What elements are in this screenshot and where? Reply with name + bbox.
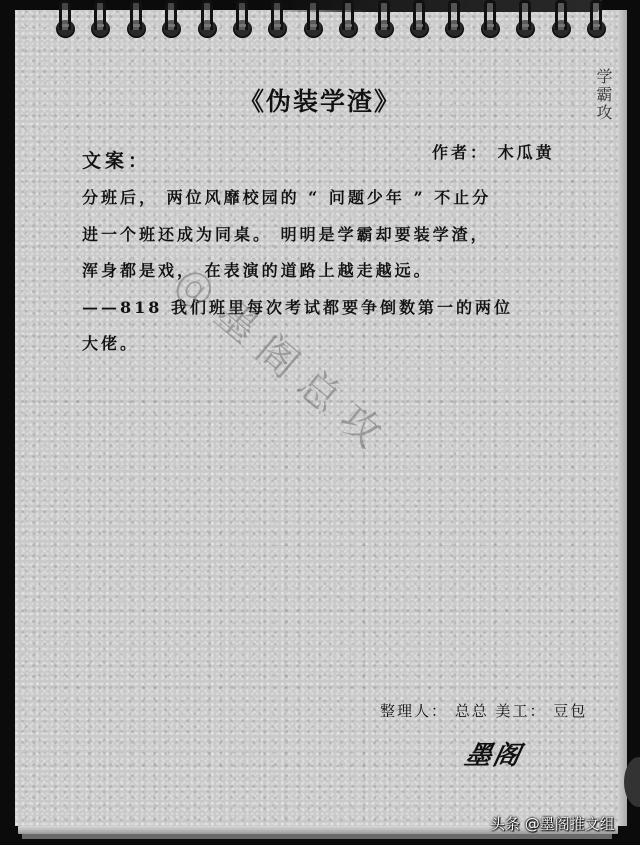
synopsis-line: 进一个班还成为同桌。 明明是学霸却要装学渣， [82,217,602,254]
synopsis-line: 大佬。 [82,326,602,363]
spiral-ring [410,0,430,40]
synopsis-text: 分班后， 两位风靡校园的 “ 问题少年 ” 不止分 进一个班还成为同桌。 明明是… [82,180,602,363]
source-watermark: 头条 @墨阁推文组 [490,813,615,834]
genre-tag: 学霸攻 [594,68,614,122]
spiral-ring [162,0,182,40]
spiral-ring [552,0,572,40]
spiral-ring [198,0,218,40]
spiral-ring [233,0,253,40]
spiral-binding [0,0,640,40]
signature: 墨阁 [462,735,526,772]
author-line: 作者： 木瓜黄 [432,140,555,163]
spiral-ring [268,0,288,40]
synopsis-line: 分班后， 两位风靡校园的 “ 问题少年 ” 不止分 [82,180,602,217]
spiral-ring [481,0,501,40]
spiral-ring [304,0,324,40]
spiral-ring [339,0,359,40]
synopsis-line: 浑身都是戏， 在表演的道路上越走越远。 [82,253,602,290]
spiral-ring [587,0,607,40]
spiral-ring [91,0,111,40]
spiral-ring [375,0,395,40]
synopsis-label: 文案： [82,146,151,173]
spiral-ring [56,0,76,40]
notebook-back-sheet-edge [22,834,612,839]
synopsis-line: ——818 我们班里每次考试都要争倒数第一的两位 [82,290,602,327]
credits-line: 整理人： 总总 美工： 豆包 [380,700,587,721]
spiral-ring [127,0,147,40]
spiral-ring [445,0,465,40]
spiral-ring [516,0,536,40]
page-edge [618,10,627,826]
book-title: 《伪装学渣》 [0,82,640,118]
